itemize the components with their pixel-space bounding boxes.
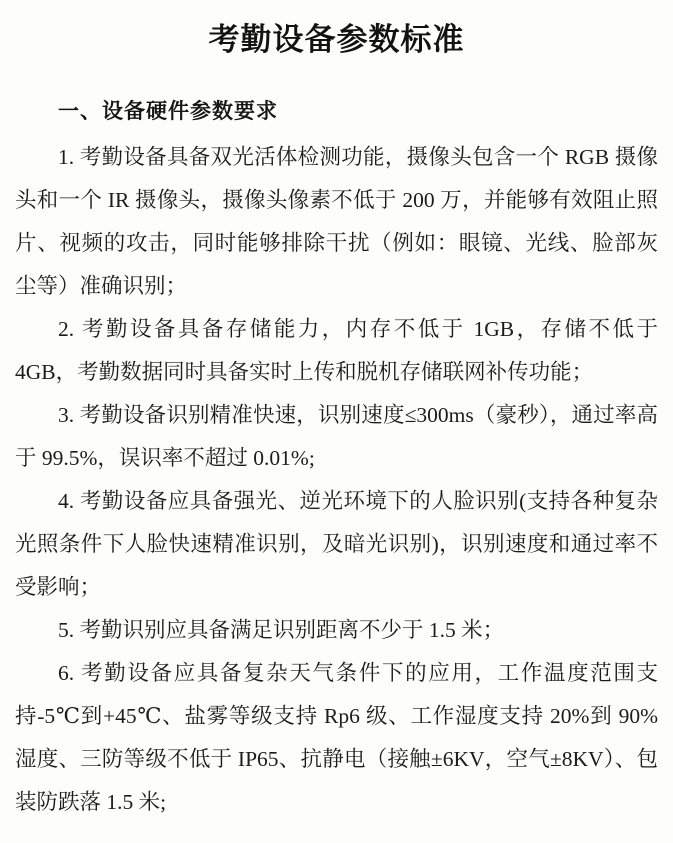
document-page: 考勤设备参数标准 一、设备硬件参数要求 1. 考勤设备具备双光活体检测功能，摄像… (0, 0, 673, 843)
section-heading: 一、设备硬件参数要求 (15, 98, 658, 126)
paragraph-4: 4. 考勤设备应具备强光、逆光环境下的人脸识别(支持各种复杂光照条件下人脸快速精… (15, 480, 658, 609)
paragraph-5: 5. 考勤识别应具备满足识别距离不少于 1.5 米； (15, 609, 658, 652)
paragraph-2: 2. 考勤设备具备存储能力，内存不低于 1GB，存储不低于 4GB，考勤数据同时… (15, 308, 658, 394)
document-title: 考勤设备参数标准 (15, 20, 658, 60)
paragraph-1: 1. 考勤设备具备双光活体检测功能，摄像头包含一个 RGB 摄像头和一个 IR … (15, 136, 658, 308)
paragraph-6: 6. 考勤设备应具备复杂天气条件下的应用，工作温度范围支持-5℃到+45℃、盐雾… (15, 652, 658, 824)
paragraph-3: 3. 考勤设备识别精准快速，识别速度≤300ms（豪秒），通过率高于 99.5%… (15, 394, 658, 480)
document-body: 1. 考勤设备具备双光活体检测功能，摄像头包含一个 RGB 摄像头和一个 IR … (15, 136, 658, 824)
